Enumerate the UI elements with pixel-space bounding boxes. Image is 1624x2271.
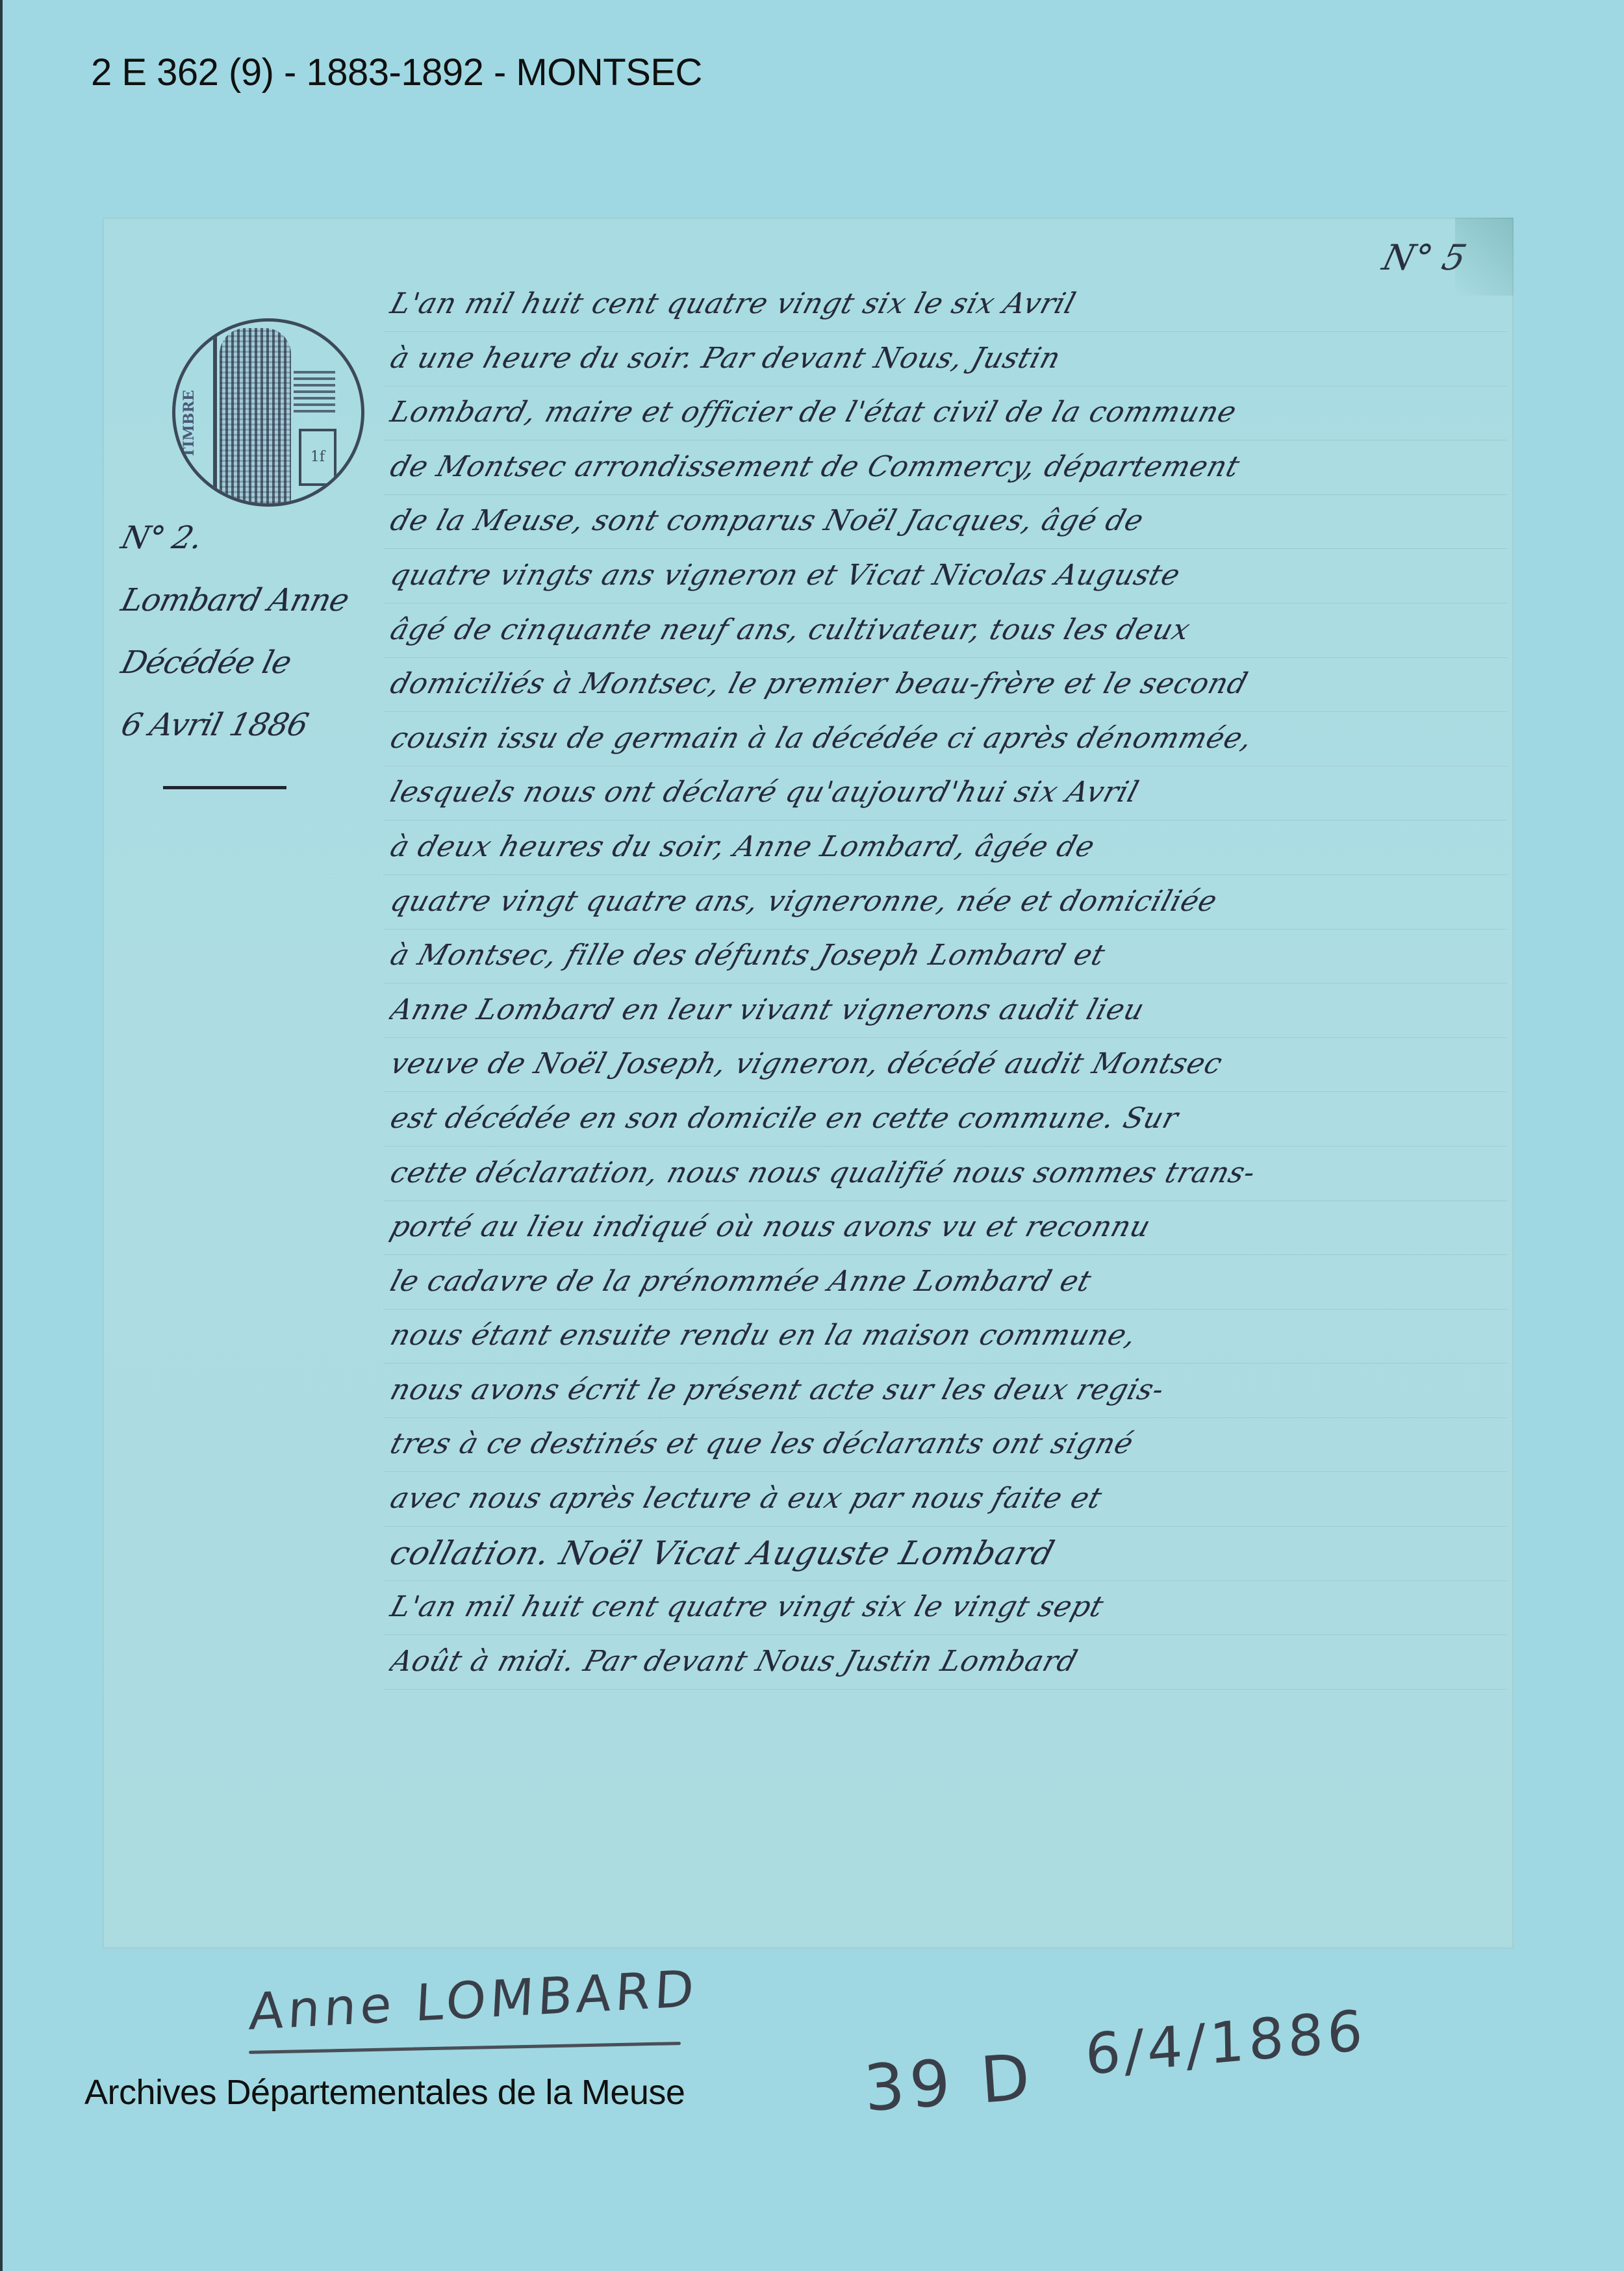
stamp-scales-icon (294, 367, 335, 412)
record-body: L'an mil huit cent quatre vingt six le s… (383, 277, 1507, 1689)
record-line: cette déclaration, nous nous qualifié no… (383, 1147, 1523, 1201)
record-line: le cadavre de la prénommée Anne Lombard … (383, 1255, 1523, 1310)
margin-note-status: Décédée le (114, 631, 416, 694)
record-line: cousin issu de germain à la décédée ci a… (383, 712, 1523, 767)
record-line: à deux heures du soir, Anne Lombard, âgé… (383, 820, 1523, 875)
stamp-justice-figure-icon (220, 328, 291, 503)
signatures-line: collation. Noël Vicat Auguste Lombard (383, 1527, 1523, 1581)
record-line: quatre vingts ans vigneron et Vicat Nico… (383, 549, 1523, 603)
record-line: à une heure du soir. Par devant Nous, Ju… (383, 332, 1523, 387)
scanned-death-record: TIMBRE 1f N° 5 N° 2. Lombard Anne Décédé… (103, 218, 1514, 1949)
margin-note: N° 2. Lombard Anne Décédée le 6 Avril 18… (122, 507, 408, 756)
record-line: de Montsec arrondissement de Commercy, d… (383, 440, 1523, 495)
record-line: âgé de cinquante neuf ans, cultivateur, … (383, 603, 1523, 658)
record-line: tres à ce destinés et que les déclarants… (383, 1417, 1523, 1472)
record-line: domiciliés à Montsec, le premier beau-fr… (383, 657, 1523, 712)
archive-footer: Archives Départementales de la Meuse (84, 2072, 685, 2112)
annotation-name-underline (249, 2042, 681, 2054)
margin-note-date: 6 Avril 1886 (114, 694, 416, 756)
record-line: Lombard, maire et officier de l'état civ… (383, 386, 1523, 440)
stamp-label: TIMBRE (181, 367, 200, 458)
record-line: porté au lieu indiqué où nous avons vu e… (383, 1200, 1523, 1255)
tax-stamp: TIMBRE 1f (172, 318, 364, 507)
record-line: quatre vingt quatre ans, vigneronne, née… (383, 875, 1523, 930)
record-line: avec nous après lecture à eux par nous f… (383, 1472, 1523, 1527)
record-line: L'an mil huit cent quatre vingt six le s… (383, 277, 1523, 332)
margin-note-name: Lombard Anne (114, 569, 416, 631)
record-line: de la Meuse, sont comparus Noël Jacques,… (383, 494, 1523, 549)
next-record-line: L'an mil huit cent quatre vingt six le v… (383, 1580, 1523, 1635)
annotation-date: 6/4/1886 (1085, 1998, 1367, 2088)
archive-reference-header: 2 E 362 (9) - 1883-1892 - MONTSEC (91, 51, 702, 94)
annotation-name: Anne LOMBARD (247, 1960, 699, 2042)
record-line: nous étant ensuite rendu en la maison co… (383, 1309, 1523, 1364)
record-line: lesquels nous ont déclaré qu'aujourd'hui… (383, 766, 1523, 820)
record-line: nous avons écrit le présent acte sur les… (383, 1364, 1523, 1418)
annotation-code: 39 D (861, 2040, 1037, 2126)
margin-underline (163, 786, 286, 789)
next-record-line: Août à midi. Par devant Nous Justin Lomb… (383, 1635, 1523, 1690)
record-line: est décédée en son domicile en cette com… (383, 1092, 1523, 1147)
scan-edge (0, 0, 3, 2271)
folio-number: N° 5 (1378, 237, 1470, 278)
record-line: veuve de Noël Joseph, vigneron, décédé a… (383, 1037, 1523, 1092)
record-line: à Montsec, fille des défunts Joseph Lomb… (383, 929, 1523, 983)
stamp-staff-icon (213, 333, 217, 489)
margin-note-record-number: N° 2. (114, 507, 416, 569)
record-line: Anne Lombard en leur vivant vignerons au… (383, 983, 1523, 1038)
stamp-value: 1f (299, 429, 336, 486)
